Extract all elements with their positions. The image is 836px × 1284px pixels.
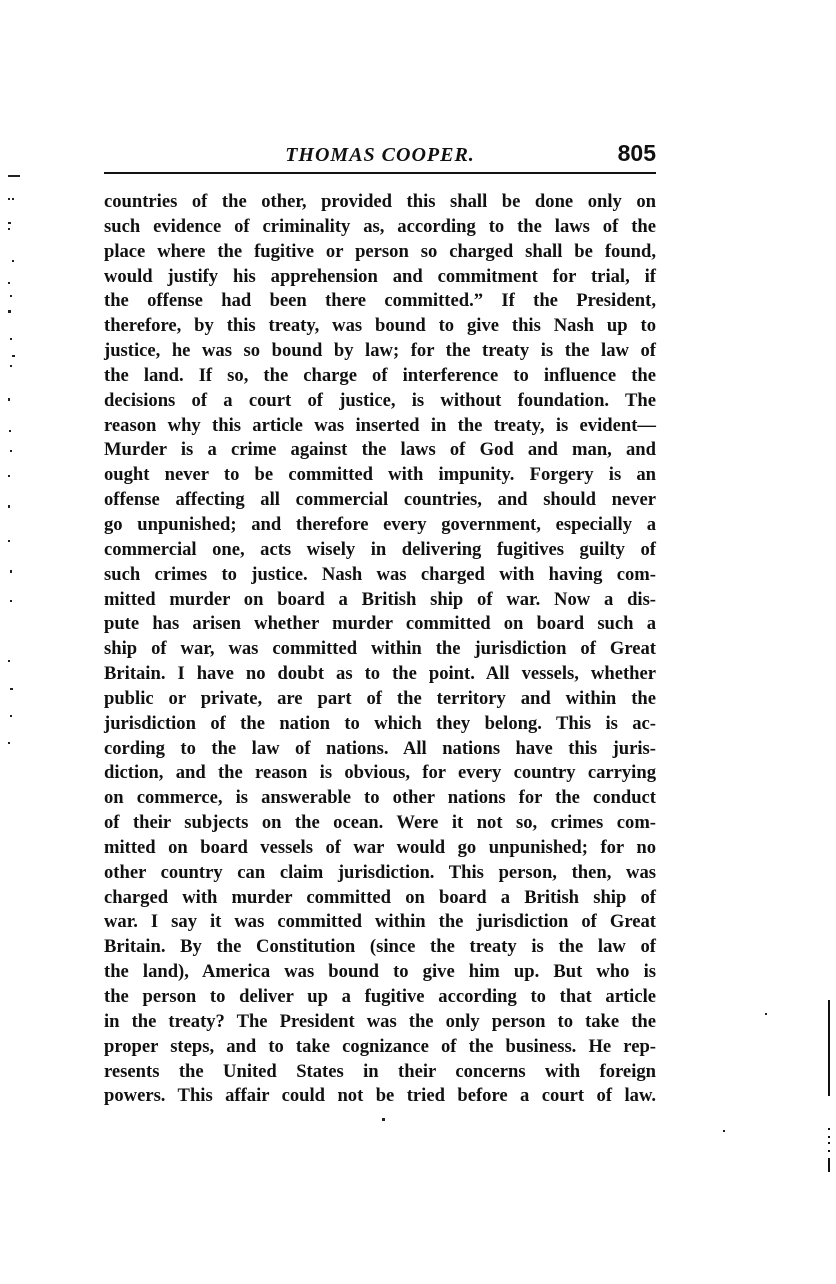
text-line: powers. This affair could not be tried b… — [104, 1084, 656, 1109]
text-line: ship of war, was committed within the ju… — [104, 637, 656, 662]
text-line: countries of the other, provided this sh… — [104, 190, 656, 215]
scan-edge-line — [828, 1142, 830, 1144]
running-header: THOMAS COOPER. 805 — [104, 138, 656, 172]
text-line: such crimes to justice. Nash was charged… — [104, 563, 656, 588]
header-rule — [104, 172, 656, 174]
text-line: pute has arisen whether murder committed… — [104, 612, 656, 637]
text-line: other country can claim jurisdiction. Th… — [104, 861, 656, 886]
scanned-book-page: THOMAS COOPER. 805 countries of the othe… — [0, 0, 836, 1284]
text-line: charged with murder committed on board a… — [104, 886, 656, 911]
text-line: offense affecting all commercial countri… — [104, 488, 656, 513]
text-line: Britain. I have no doubt as to the point… — [104, 662, 656, 687]
text-line: on commerce, is answerable to other nati… — [104, 786, 656, 811]
scan-edge-line — [828, 1150, 830, 1152]
text-line: cording to the law of nations. All natio… — [104, 737, 656, 762]
text-line: Britain. By the Constitution (since the … — [104, 935, 656, 960]
scan-speck — [382, 1118, 385, 1121]
text-line: of their subjects on the ocean. Were it … — [104, 811, 656, 836]
scan-edge-line — [828, 1000, 830, 1096]
scan-edge-line — [828, 1160, 830, 1172]
page-number: 805 — [618, 140, 656, 167]
text-line: in the treaty? The President was the onl… — [104, 1010, 656, 1035]
text-line: justice, he was so bound by law; for the… — [104, 339, 656, 364]
body-text: countries of the other, provided this sh… — [104, 190, 656, 1109]
text-line: such evidence of criminality as, accordi… — [104, 215, 656, 240]
text-line: diction, and the reason is obvious, for … — [104, 761, 656, 786]
scan-margin-specks — [0, 160, 20, 760]
text-line: go unpunished; and therefore every gover… — [104, 513, 656, 538]
text-line: decisions of a court of justice, is with… — [104, 389, 656, 414]
scan-edge-line — [828, 1136, 830, 1138]
text-line: Murder is a crime against the laws of Go… — [104, 438, 656, 463]
text-line: war. I say it was committed within the j… — [104, 910, 656, 935]
text-line: commercial one, acts wisely in deliverin… — [104, 538, 656, 563]
scan-speck — [723, 1130, 725, 1132]
text-line: reason why this article was inserted in … — [104, 414, 656, 439]
text-line: the person to deliver up a fugitive acco… — [104, 985, 656, 1010]
text-line: the land. If so, the charge of interfere… — [104, 364, 656, 389]
text-line: ought never to be committed with impunit… — [104, 463, 656, 488]
text-line: the land), America was bound to give him… — [104, 960, 656, 985]
text-line: proper steps, and to take cognizance of … — [104, 1035, 656, 1060]
running-head-title: THOMAS COOPER. — [104, 144, 656, 167]
text-line: mitted on board vessels of war would go … — [104, 836, 656, 861]
text-line: resents the United States in their conce… — [104, 1060, 656, 1085]
text-line: the offense had been there committed.” I… — [104, 289, 656, 314]
scan-speck — [765, 1013, 767, 1015]
text-line: jurisdiction of the nation to which they… — [104, 712, 656, 737]
text-line: place where the fugitive or person so ch… — [104, 240, 656, 265]
text-line: public or private, are part of the terri… — [104, 687, 656, 712]
text-line: would justify his apprehension and commi… — [104, 265, 656, 290]
text-line: mitted murder on board a British ship of… — [104, 588, 656, 613]
text-line: therefore, by this treaty, was bound to … — [104, 314, 656, 339]
scan-edge-line — [828, 1128, 830, 1130]
